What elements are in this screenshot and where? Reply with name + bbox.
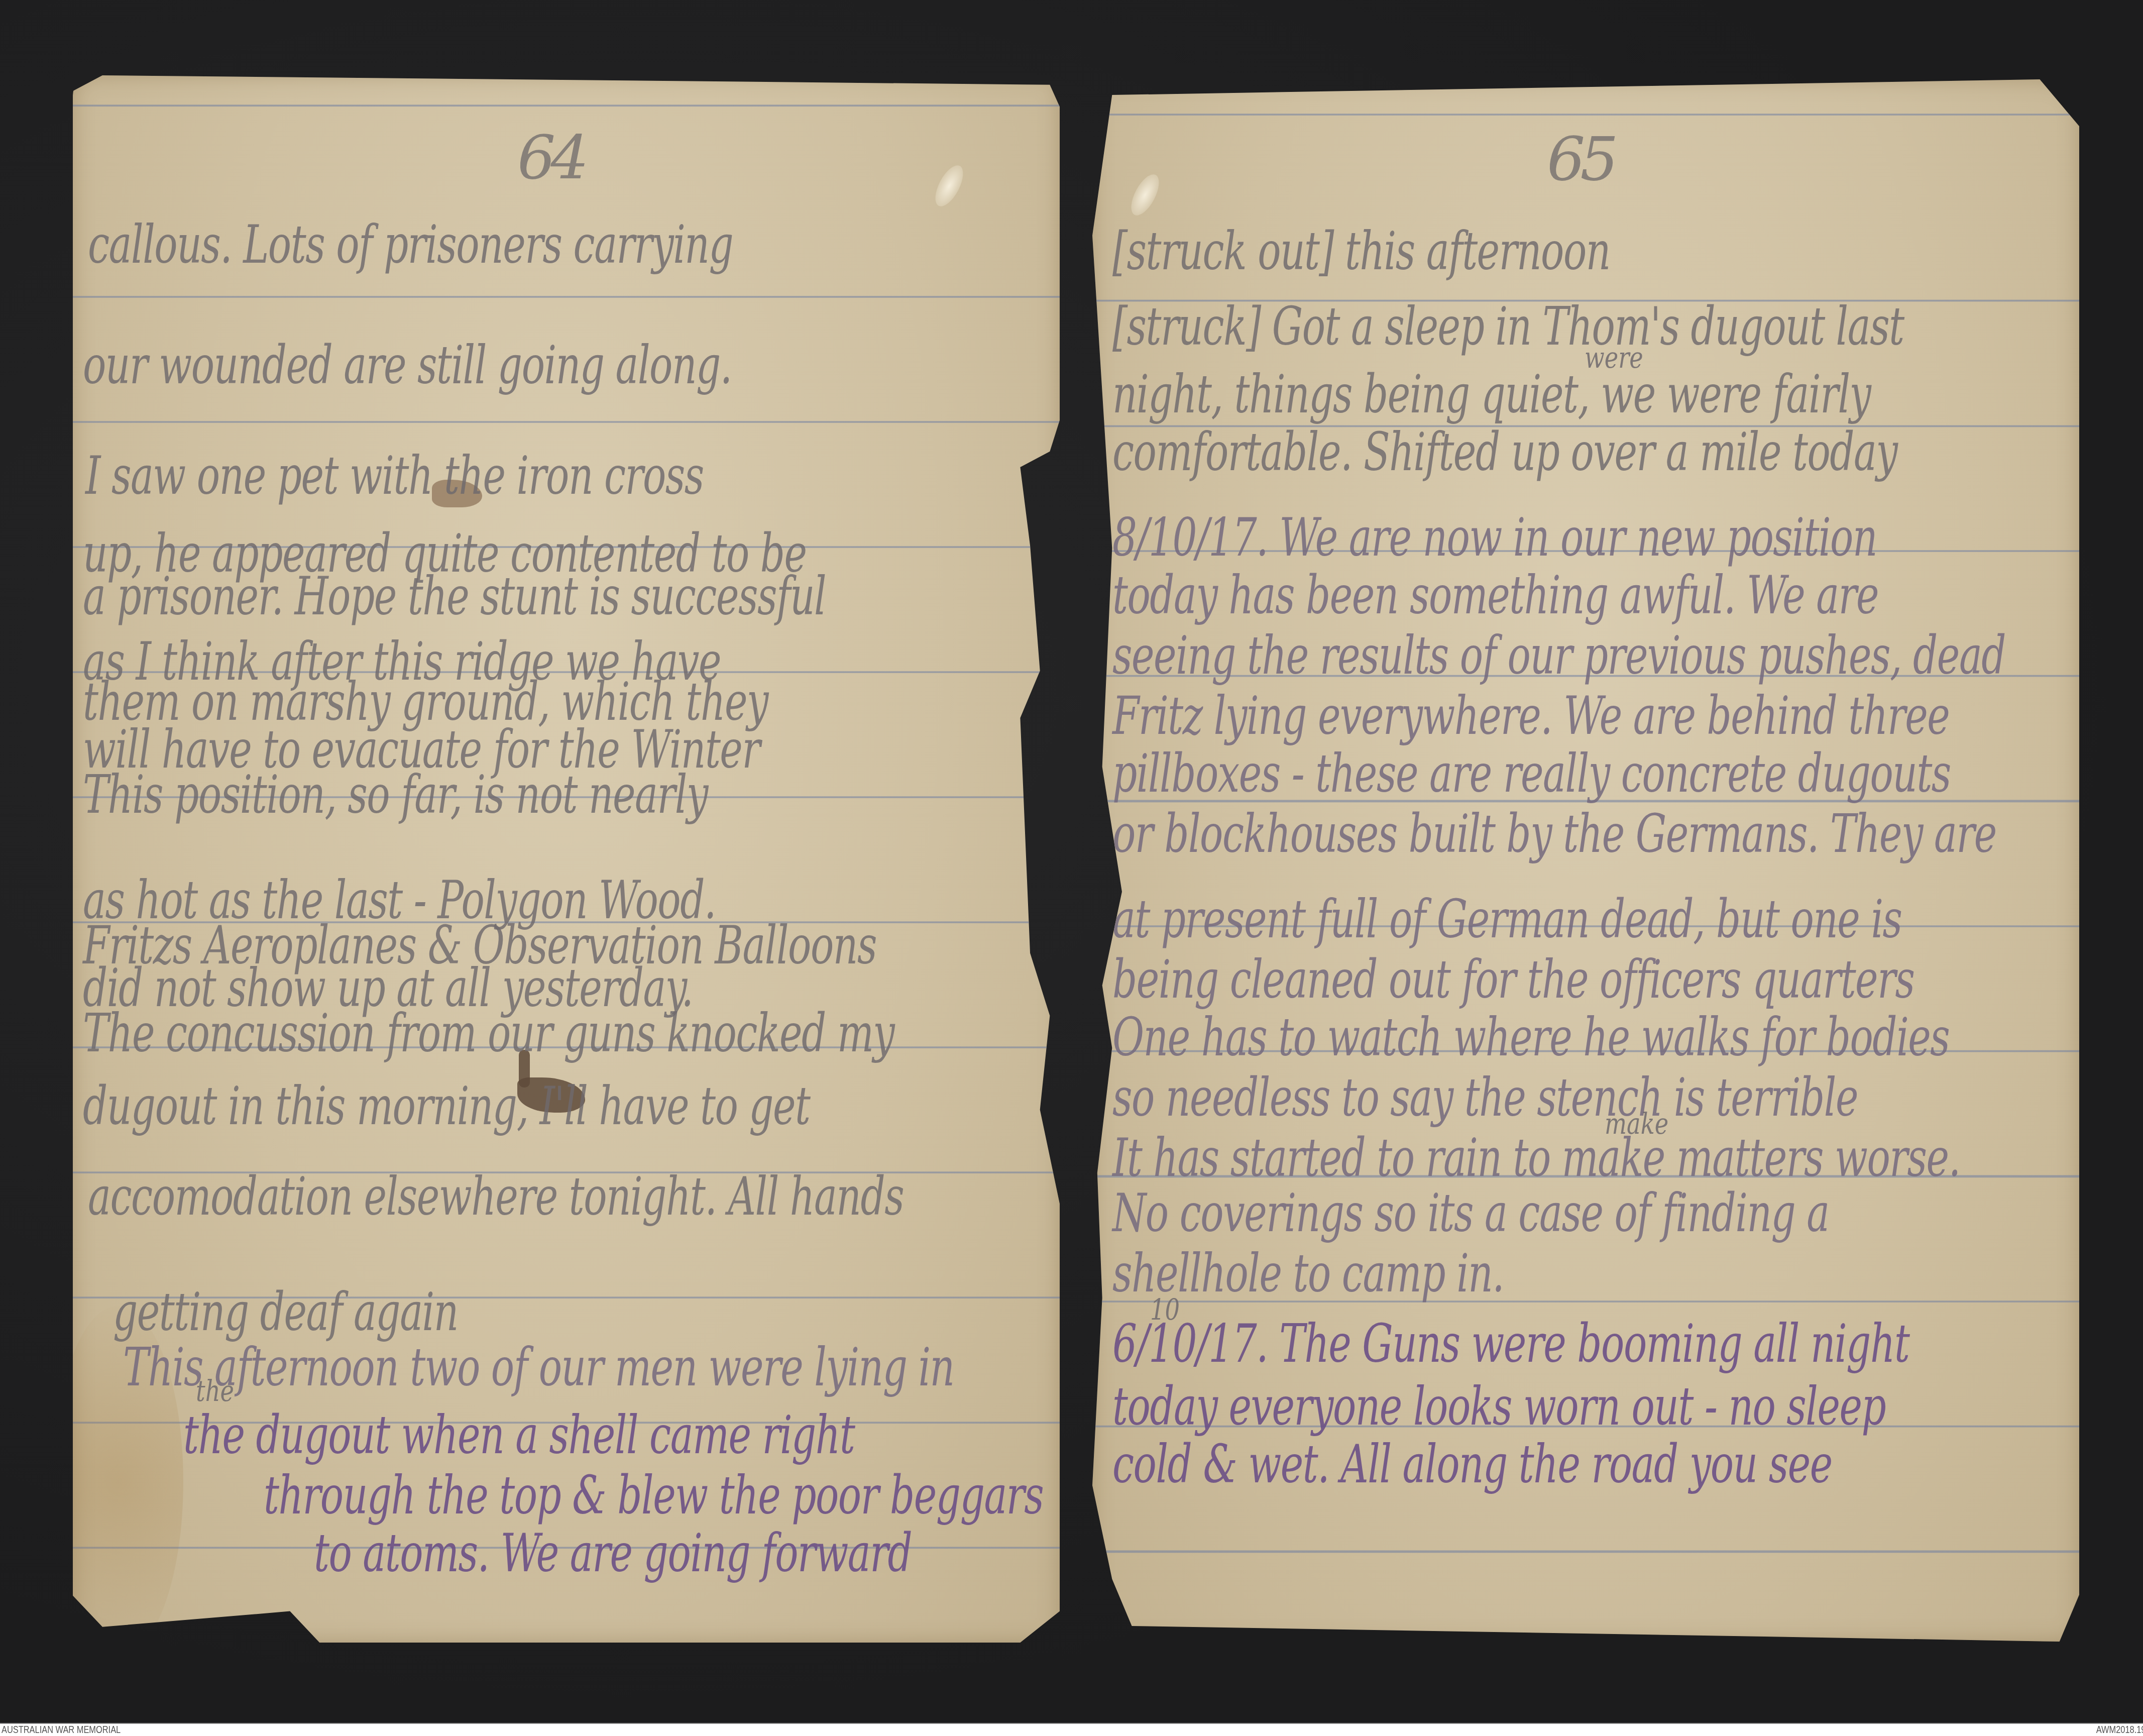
text-line: today everyone looks worn out - no sleep <box>1112 1380 1885 1433</box>
text-line: accomodation elsewhere tonight. All hand… <box>88 1170 904 1223</box>
text-line: This afternoon two of our men were lying… <box>123 1341 954 1393</box>
text-line: pillboxes - these are really concrete du… <box>1112 747 1951 800</box>
text-line: callous. Lots of prisoners carrying <box>88 219 733 271</box>
text-line: [struck out] this afternoon <box>1112 225 1610 277</box>
footer-caption-bar: AUSTRALIAN WAR MEMORIAL AWM2018.19.49 <box>0 1723 2143 1736</box>
pin-hole <box>1125 170 1165 220</box>
text-line: cold & wet. All along the road you see <box>1112 1438 1832 1490</box>
text-line: today has been something awful. We are <box>1112 569 1878 621</box>
diary-page-right: 65 [struck out] this afternoon [struck] … <box>1092 79 2079 1642</box>
text-line: No coverings so its a case of finding a <box>1112 1187 1829 1239</box>
diary-page-left: 64 callous. Lots of prisoners carrying o… <box>73 75 1060 1643</box>
text-line: at present full of German dead, but one … <box>1112 893 1902 945</box>
text-line: One has to watch where he walks for bodi… <box>1112 1011 1949 1063</box>
text-line: 6/10/17. The Guns were booming all night <box>1112 1318 1909 1370</box>
text-line: seeing the results of our previous pushe… <box>1112 629 2005 682</box>
text-line: comfortable. Shifted up over a mile toda… <box>1112 426 1897 478</box>
text-line: 8/10/17. We are now in our new position <box>1112 511 1877 564</box>
text-line: getting deaf again <box>113 1286 458 1338</box>
text-line: so needless to say the stench is terribl… <box>1112 1071 1858 1124</box>
text-line: to atoms. We are going forward <box>314 1527 912 1579</box>
text-line: [struck] Got a sleep in Thom's dugout la… <box>1112 300 1904 353</box>
text-line: Fritz lying everywhere. We are behind th… <box>1112 690 1949 742</box>
inserted-word: the <box>196 1374 234 1408</box>
page-number: 65 <box>1547 125 1614 194</box>
text-line: dugout in this morning, I'll have to get <box>83 1080 810 1132</box>
text-line: a prisoner. Hope the stunt is successful <box>83 570 826 622</box>
text-line: through the top & blew the poor beggars <box>264 1469 1043 1522</box>
text-line: or blockhouses built by the Germans. The… <box>1112 808 1996 860</box>
text-line: The concussion from our guns knocked my <box>83 1007 894 1059</box>
text-line: shellhole to camp in. <box>1112 1247 1504 1299</box>
text-line: our wounded are still going along. <box>83 339 732 391</box>
text-line: It has started to rain to make matters w… <box>1112 1132 1960 1184</box>
accession-number: AWM2018.19.49 <box>2096 1724 2143 1736</box>
text-line: I saw one pet with the iron cross <box>85 450 704 502</box>
text-line: being cleaned out for the officers quart… <box>1112 953 1914 1006</box>
text-line: the dugout when a shell came right <box>183 1409 854 1461</box>
text-line: This position, so far, is not nearly <box>83 769 708 821</box>
page-number: 64 <box>517 123 584 193</box>
text-line: night, things being quiet, we were fairl… <box>1112 368 1871 420</box>
institution-credit: AUSTRALIAN WAR MEMORIAL <box>2 1724 121 1736</box>
pin-hole <box>930 161 969 210</box>
